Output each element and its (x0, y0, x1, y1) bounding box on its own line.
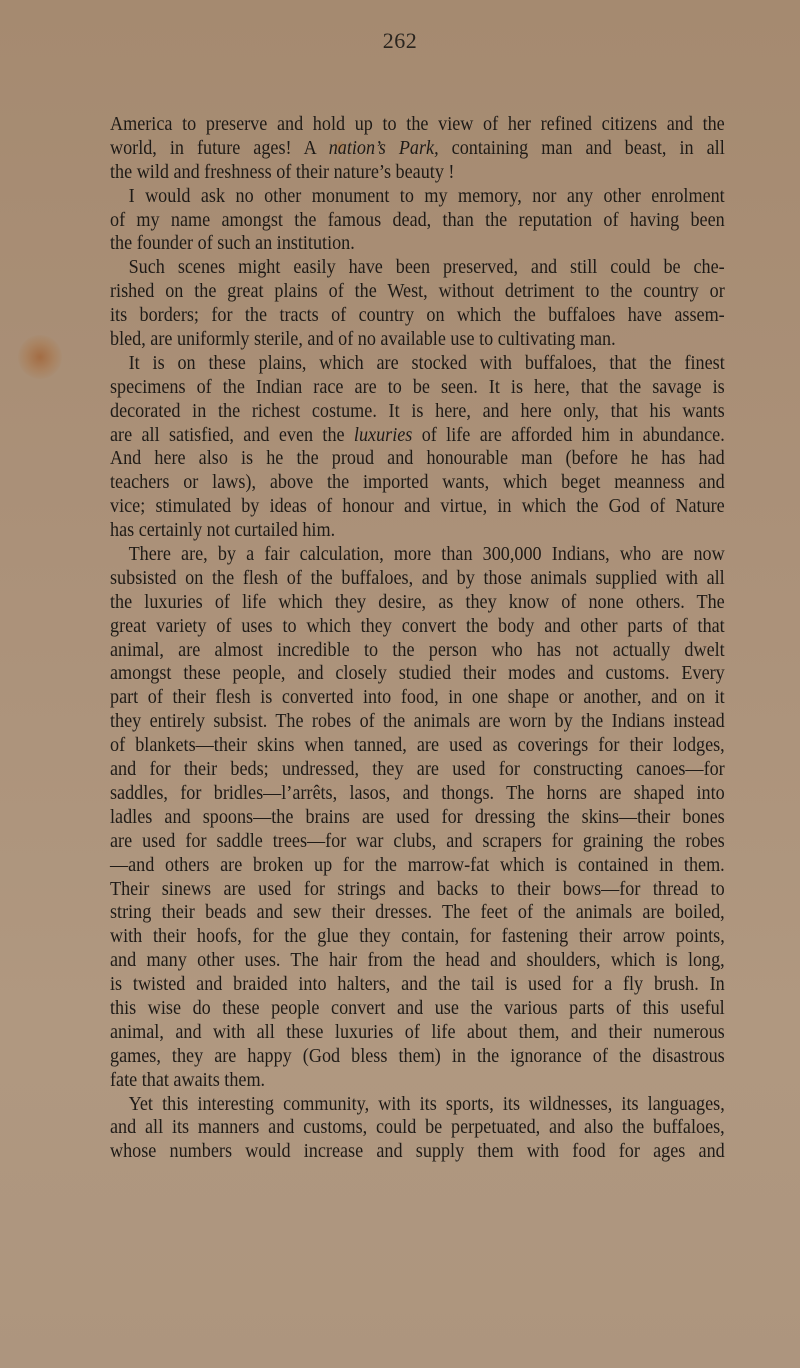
text-line: are all satisfied, and even the luxuries… (110, 424, 725, 448)
text-line: fate that awaits them. (110, 1069, 725, 1093)
text-line: of blankets—their skins when tanned, are… (110, 734, 725, 758)
text-line: this wise do these people convert and us… (110, 997, 725, 1021)
text-run: of life are afforded him in abundance. (412, 425, 724, 446)
book-page: 262 America to preserve and hold up to t… (0, 0, 800, 1368)
text-line: saddles, for bridles—l’arrêts, lasos, an… (110, 782, 725, 806)
foxing-stain (18, 335, 62, 379)
text-line: ladles and spoons—the brains are used fo… (110, 806, 725, 830)
text-line: is twisted and braided into halters, and… (110, 973, 725, 997)
text-line: string their beads and sew their dresses… (110, 901, 725, 925)
text-line: with their hoofs, for the glue they cont… (110, 925, 725, 949)
text-line: games, they are happy (God bless them) i… (110, 1045, 725, 1069)
text-line: they entirely subsist. The robes of the … (110, 710, 725, 734)
italic-text-run: luxuries (354, 425, 412, 446)
text-line: the wild and freshness of their nature’s… (110, 161, 725, 185)
text-line: decorated in the richest costume. It is … (110, 400, 725, 424)
text-line: Such scenes might easily have been prese… (110, 256, 725, 280)
text-line: teachers or laws), above the imported wa… (110, 471, 725, 495)
text-line: whose numbers would increase and supply … (110, 1140, 725, 1164)
text-line: great variety of uses to which they conv… (110, 615, 725, 639)
text-line: has certainly not curtailed him. (110, 519, 725, 543)
text-line: its borders; for the tracts of country o… (110, 304, 725, 328)
text-line: of my name amongst the famous dead, than… (110, 209, 725, 233)
text-line: subsisted on the flesh of the buffaloes,… (110, 567, 725, 591)
text-run: world, in future ages! A (110, 138, 329, 159)
text-run: containing man and beast, in all (439, 138, 725, 159)
text-line: vice; stimulated by ideas of honour and … (110, 495, 725, 519)
text-line: Their sinews are used for strings and ba… (110, 878, 725, 902)
text-run: are all satisfied, and even the (110, 425, 354, 446)
text-line: the luxuries of life which they desire, … (110, 591, 725, 615)
text-line: amongst these people, and closely studie… (110, 662, 725, 686)
text-line: part of their flesh is converted into fo… (110, 686, 725, 710)
text-line: Yet this interesting community, with its… (110, 1093, 725, 1117)
text-line: world, in future ages! A nation’s Park, … (110, 137, 725, 161)
text-line: —and others are broken up for the marrow… (110, 854, 725, 878)
text-line: And here also is he the proud and honour… (110, 447, 725, 471)
text-line: specimens of the Indian race are to be s… (110, 376, 725, 400)
text-line: I would ask no other monument to my memo… (110, 185, 725, 209)
text-line: There are, by a fair calculation, more t… (110, 543, 725, 567)
page-number: 262 (0, 28, 800, 54)
text-line: animal, are almost incredible to the per… (110, 639, 725, 663)
italic-text-run: nation’s Park, (329, 138, 439, 159)
text-line: animal, and with all these luxuries of l… (110, 1021, 725, 1045)
text-line: and many other uses. The hair from the h… (110, 949, 725, 973)
text-line: and all its manners and customs, could b… (110, 1116, 725, 1140)
text-line: the founder of such an institution. (110, 232, 725, 256)
text-line: rished on the great plains of the West, … (110, 280, 725, 304)
text-line: It is on these plains, which are stocked… (110, 352, 725, 376)
text-line: are used for saddle trees—for war clubs,… (110, 830, 725, 854)
text-line: America to preserve and hold up to the v… (110, 113, 725, 137)
body-text: America to preserve and hold up to the v… (110, 57, 725, 1164)
text-line: bled, are uniformly sterile, and of no a… (110, 328, 725, 352)
text-line: and for their beds; undressed, they are … (110, 758, 725, 782)
